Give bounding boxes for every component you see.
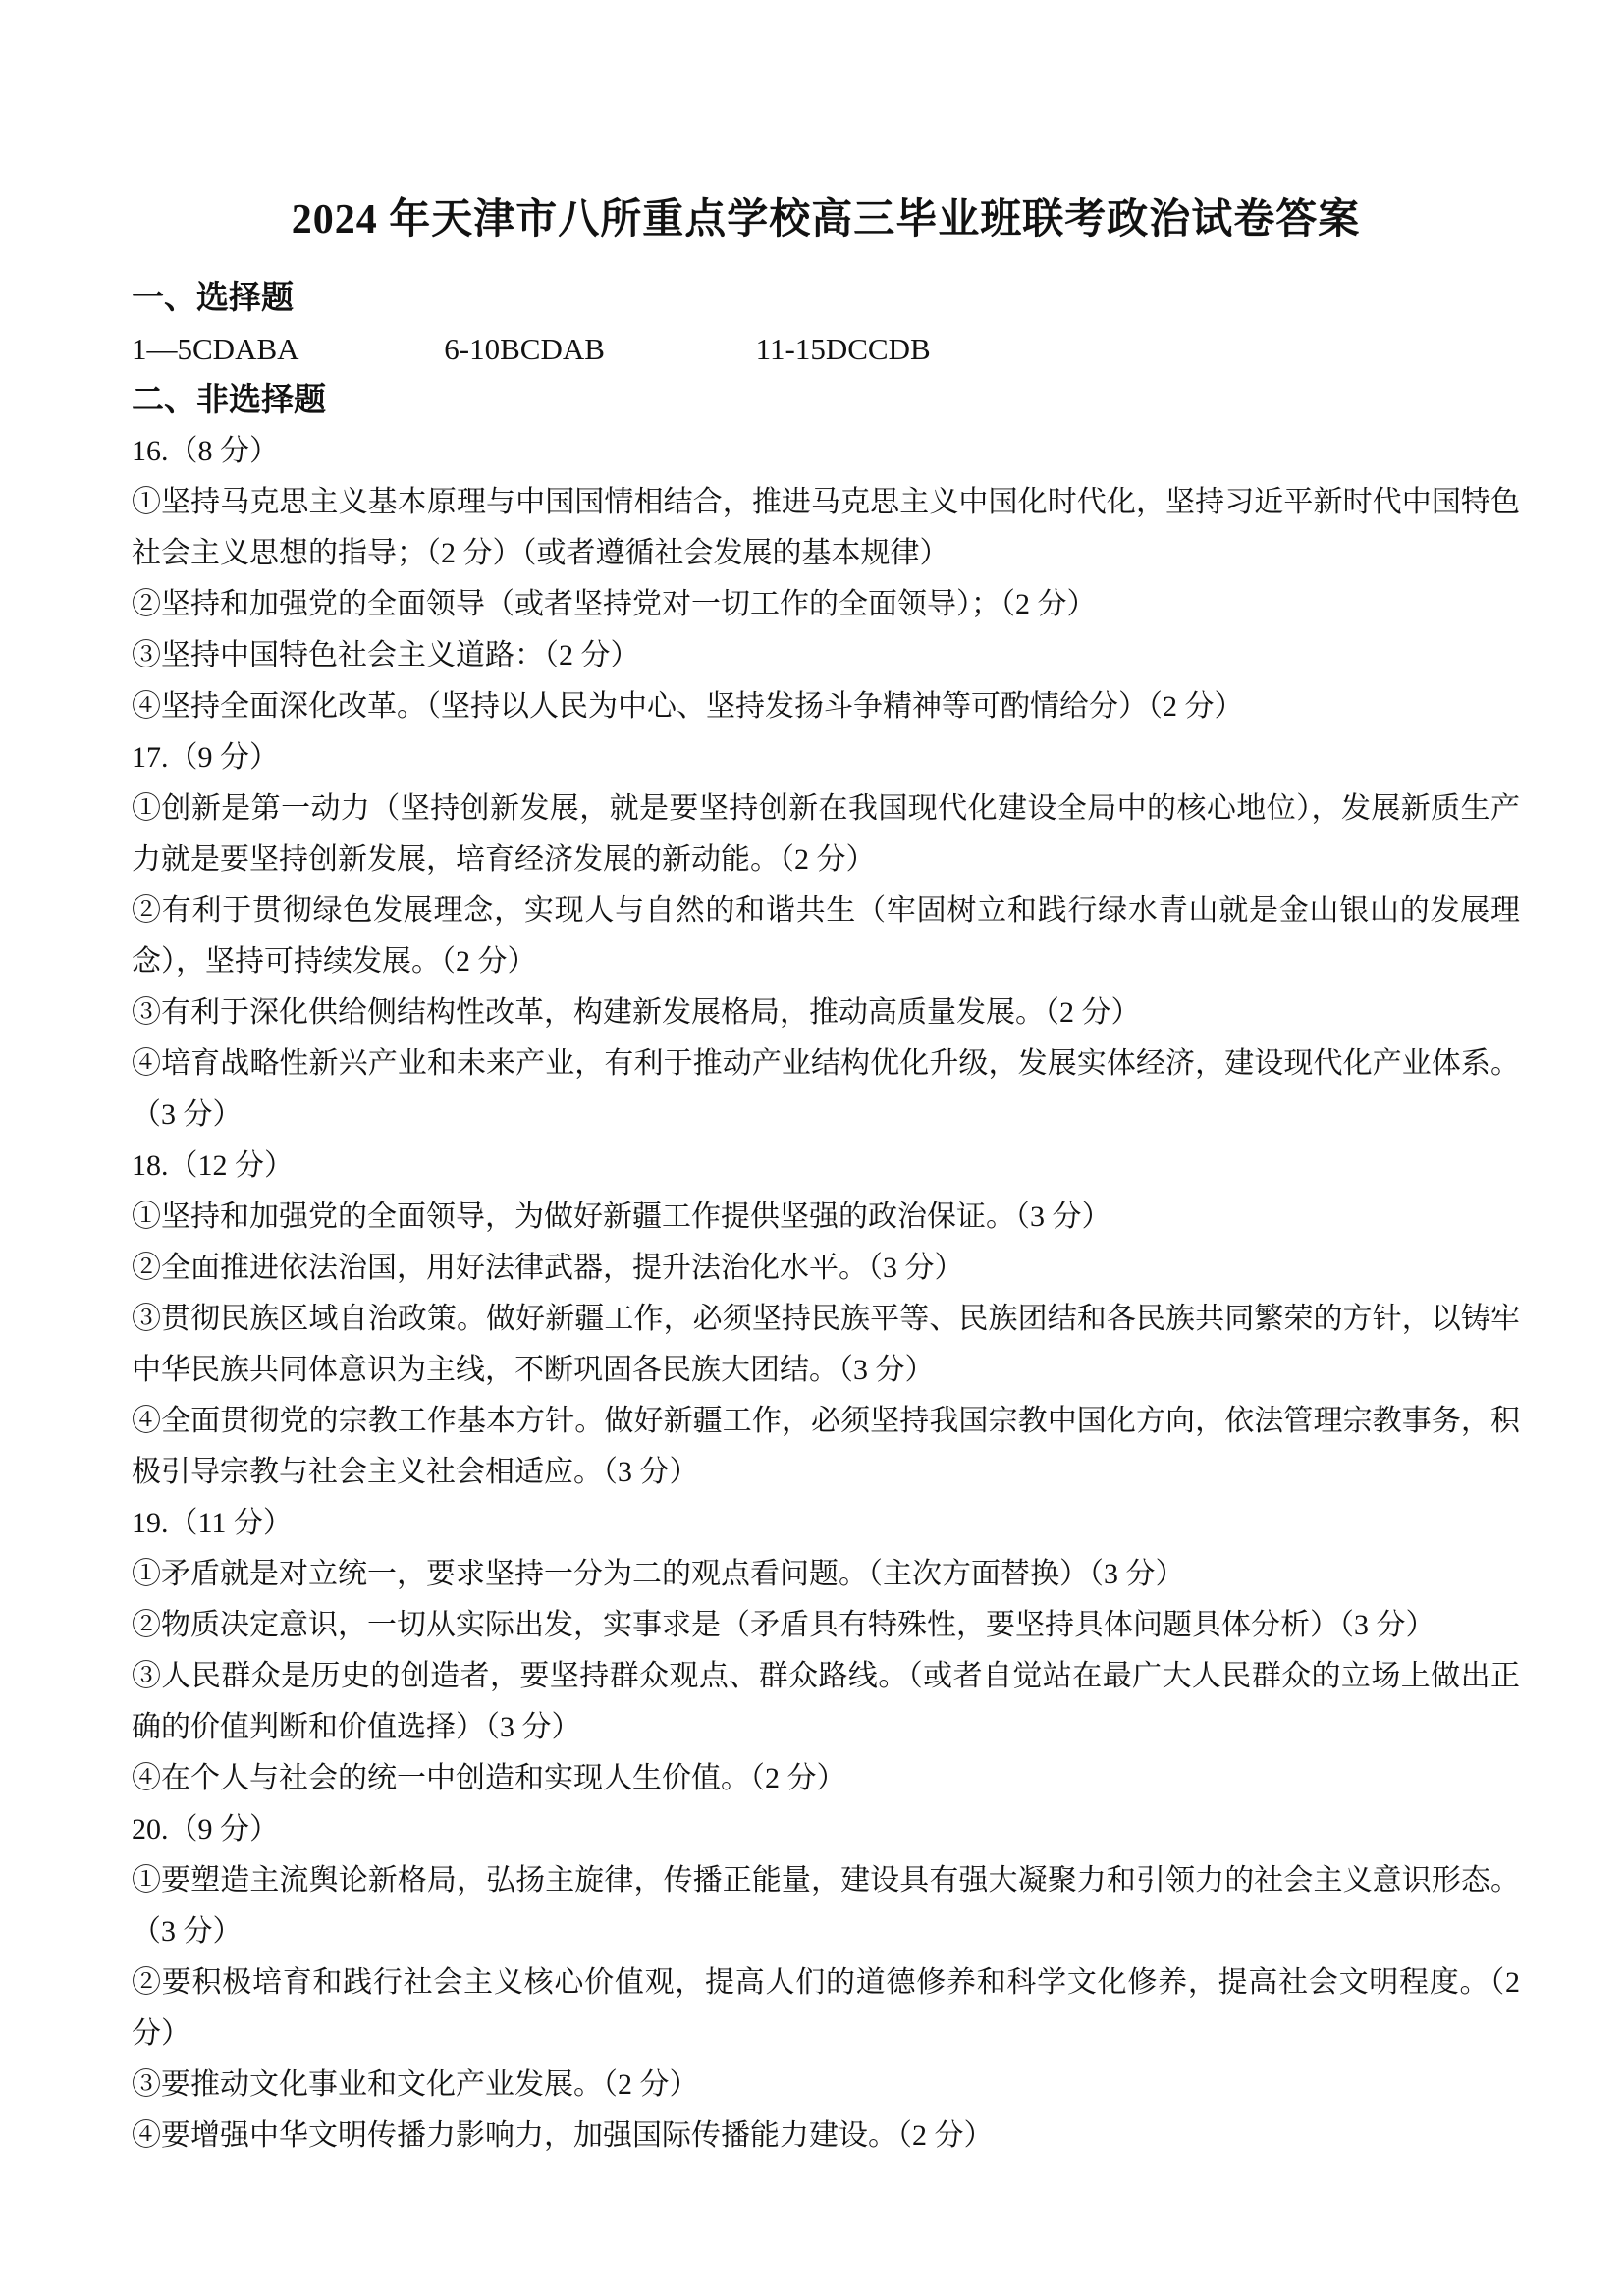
choice-answer-key-row: 1—5CDABA 6-10BCDAB 11-15DCCDB <box>132 324 1520 375</box>
answer-item: ②有利于贯彻绿色发展理念，实现人与自然的和谐共生（牢固树立和践行绿水青山就是金山… <box>132 885 1520 988</box>
answer-item: ①创新是第一动力（坚持创新发展，就是要坚持创新在我国现代化建设全局中的核心地位）… <box>132 783 1520 885</box>
question-block-19: 19.（11 分） ①矛盾就是对立统一，要求坚持一分为二的观点看问题。（主次方面… <box>132 1498 1520 1804</box>
answer-item: ①矛盾就是对立统一，要求坚持一分为二的观点看问题。（主次方面替换）（3 分） <box>132 1549 1520 1600</box>
answer-item: ②全面推进依法治国，用好法律武器，提升法治化水平。（3 分） <box>132 1243 1520 1294</box>
answer-range-11-15: 11-15DCCDB <box>756 324 931 375</box>
answer-item: ②坚持和加强党的全面领导（或者坚持党对一切工作的全面领导）；（2 分） <box>132 579 1520 630</box>
answer-item: ③贯彻民族区域自治政策。做好新疆工作，必须坚持民族平等、民族团结和各民族共同繁荣… <box>132 1294 1520 1396</box>
answer-item: ④要增强中华文明传播力影响力，加强国际传播能力建设。（2 分） <box>132 2110 1520 2162</box>
answer-item: ④坚持全面深化改革。（坚持以人民为中心、坚持发扬斗争精神等可酌情给分）（2 分） <box>132 681 1520 732</box>
question-header: 20.（9 分） <box>132 1804 1520 1855</box>
answer-sheet-page: 2024 年天津市八所重点学校高三毕业班联考政治试卷答案 一、选择题 1—5CD… <box>0 0 1624 2296</box>
question-block-16: 16.（8 分） ①坚持马克思主义基本原理与中国国情相结合，推进马克思主义中国化… <box>132 426 1520 732</box>
section-heading-choice: 一、选择题 <box>132 273 1520 324</box>
answer-item: ①要塑造主流舆论新格局，弘扬主旋律，传播正能量，建设具有强大凝聚力和引领力的社会… <box>132 1855 1520 1957</box>
answer-item: ①坚持马克思主义基本原理与中国国情相结合，推进马克思主义中国化时代化，坚持习近平… <box>132 477 1520 579</box>
document-content: 2024 年天津市八所重点学校高三毕业班联考政治试卷答案 一、选择题 1—5CD… <box>0 0 1624 2162</box>
section-heading-non-choice: 二、非选择题 <box>132 375 1520 426</box>
question-block-17: 17.（9 分） ①创新是第一动力（坚持创新发展，就是要坚持创新在我国现代化建设… <box>132 732 1520 1141</box>
question-header: 19.（11 分） <box>132 1498 1520 1549</box>
page-title: 2024 年天津市八所重点学校高三毕业班联考政治试卷答案 <box>132 192 1520 247</box>
question-header: 16.（8 分） <box>132 426 1520 477</box>
answer-item: ④培育战略性新兴产业和未来产业，有利于推动产业结构优化升级，发展实体经济，建设现… <box>132 1039 1520 1141</box>
answer-range-6-10: 6-10BCDAB <box>444 324 605 375</box>
answer-item: ③要推动文化事业和文化产业发展。（2 分） <box>132 2059 1520 2110</box>
answer-range-1-5: 1—5CDABA <box>132 324 299 375</box>
answer-item: ②物质决定意识，一切从实际出发，实事求是（矛盾具有特殊性，要坚持具体问题具体分析… <box>132 1600 1520 1651</box>
answer-item: ①坚持和加强党的全面领导，为做好新疆工作提供坚强的政治保证。（3 分） <box>132 1192 1520 1243</box>
answer-item: ④全面贯彻党的宗教工作基本方针。做好新疆工作，必须坚持我国宗教中国化方向，依法管… <box>132 1396 1520 1498</box>
question-header: 17.（9 分） <box>132 732 1520 783</box>
answer-item: ②要积极培育和践行社会主义核心价值观，提高人们的道德修养和科学文化修养，提高社会… <box>132 1957 1520 2059</box>
answer-item: ④在个人与社会的统一中创造和实现人生价值。（2 分） <box>132 1753 1520 1804</box>
question-block-18: 18.（12 分） ①坚持和加强党的全面领导，为做好新疆工作提供坚强的政治保证。… <box>132 1141 1520 1498</box>
question-header: 18.（12 分） <box>132 1141 1520 1192</box>
question-block-20: 20.（9 分） ①要塑造主流舆论新格局，弘扬主旋律，传播正能量，建设具有强大凝… <box>132 1804 1520 2162</box>
answer-item: ③有利于深化供给侧结构性改革，构建新发展格局，推动高质量发展。（2 分） <box>132 988 1520 1039</box>
answer-item: ③人民群众是历史的创造者，要坚持群众观点、群众路线。（或者自觉站在最广大人民群众… <box>132 1651 1520 1753</box>
answer-item: ③坚持中国特色社会主义道路：（2 分） <box>132 630 1520 681</box>
